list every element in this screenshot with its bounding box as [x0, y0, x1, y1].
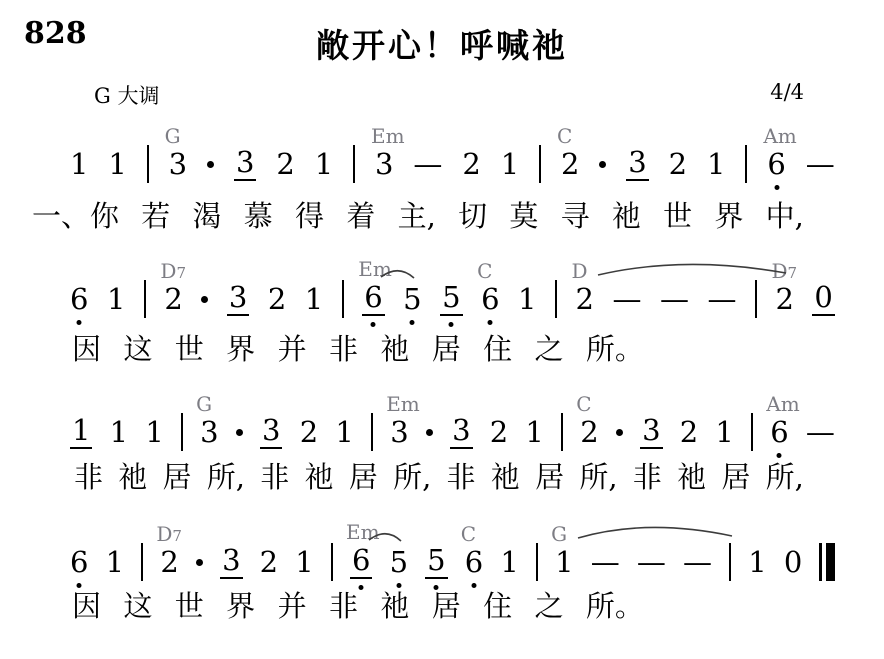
chord-label: Em [346, 522, 380, 542]
note: 2D7 [164, 285, 182, 314]
hymn-sheet: 828 敞开心！呼喊祂 G 大调 4/4 113G3213Em—212C3216… [0, 0, 884, 659]
lyric-syllable: 住 [483, 333, 512, 366]
octave-dot [777, 453, 782, 458]
note: 1 [305, 285, 323, 314]
lyric-syllable: 因 [72, 333, 101, 366]
note: 6Em [362, 283, 384, 316]
lyric-syllable: 祂 [118, 461, 147, 494]
music-line: 612D73216Em556C11G———10 [70, 516, 835, 592]
chord-label: G [196, 394, 212, 414]
note: 3 [234, 148, 256, 181]
note: 2D7 [775, 285, 793, 314]
lyrics-line: 非祂居所,非祂居所,非祂居所,非祂居所, [74, 461, 804, 494]
music-line: 1113G3213Em3212C3216Am— [70, 386, 835, 462]
note: 3 [450, 416, 472, 449]
lyric-syllable: 这 [123, 333, 152, 366]
lyric-syllable: 世 [175, 333, 204, 366]
lyric-syllable: 中, [766, 200, 804, 233]
dash-note: — [413, 150, 442, 179]
note: 6Em [350, 546, 372, 579]
note: 1 [110, 418, 128, 447]
lyric-syllable: 祂 [677, 461, 706, 494]
music-line: 113G3213Em—212C3216Am— [70, 118, 835, 194]
barline [371, 413, 373, 451]
lyric-syllable: 居 [163, 461, 192, 494]
lyric-syllable: 所, [393, 461, 431, 494]
octave-dot [410, 320, 415, 325]
dash-note: — [612, 285, 641, 314]
lyric-syllable: 居 [432, 333, 461, 366]
note: 1 [70, 416, 92, 449]
final-bar-thin [819, 543, 822, 581]
note: 1 [525, 418, 543, 447]
lyric-syllable: 祂 [612, 200, 641, 233]
octave-dot [77, 320, 82, 325]
octave-dot [774, 185, 779, 190]
note: 5 [403, 285, 421, 314]
note: 6 [70, 285, 88, 314]
lyric-syllable: 主, [398, 200, 436, 233]
lyric-syllable: 寻 [561, 200, 590, 233]
lyric-syllable: 切 [458, 200, 487, 233]
note: 6Am [767, 150, 785, 179]
barline [561, 413, 563, 451]
chord-label: C [557, 126, 572, 146]
dash-note: — [591, 548, 620, 577]
lyric-syllable: 非 [329, 333, 358, 366]
lyric-syllable: 一、你 [32, 200, 119, 233]
note: 1 [500, 548, 518, 577]
note: 2 [680, 418, 698, 447]
lyric-syllable: 祂 [491, 461, 520, 494]
augmentation-dot [236, 429, 243, 436]
chord-label: Em [358, 259, 392, 279]
note: 1 [715, 418, 733, 447]
note: 2 [300, 418, 318, 447]
lyric-syllable: 祂 [305, 461, 334, 494]
lyric-syllable: 住 [483, 590, 512, 623]
lyric-syllable: 并 [278, 590, 307, 623]
lyric-syllable: 居 [535, 461, 564, 494]
note: 2 [276, 150, 294, 179]
note: 6C [465, 548, 483, 577]
tie-arc [578, 527, 732, 538]
note: 1 [106, 548, 124, 577]
note: 1 [315, 150, 333, 179]
barline [144, 280, 146, 318]
lyric-syllable: 所, [207, 461, 245, 494]
note: 3 [260, 416, 282, 449]
note: 1 [107, 285, 125, 314]
augmentation-dot [196, 559, 203, 566]
lyric-syllable: 若 [141, 200, 170, 233]
chord-label: G [551, 524, 567, 544]
octave-dot [449, 322, 454, 327]
note: 3 [227, 283, 249, 316]
chord-label: Am [763, 126, 796, 146]
lyric-syllable: 居 [721, 461, 750, 494]
lyric-syllable: 得 [295, 200, 324, 233]
lyric-syllable: 祂 [380, 590, 409, 623]
note: 5 [425, 546, 447, 579]
lyrics-line: 一、你若渴慕得着主,切莫寻祂世界中, [32, 200, 804, 233]
barline [331, 543, 333, 581]
octave-dot [396, 583, 401, 588]
augmentation-dot [616, 429, 623, 436]
octave-dot [359, 585, 364, 590]
note: 1 [707, 150, 725, 179]
note: 1 [70, 150, 88, 179]
note: 3G [200, 418, 218, 447]
dash-note: — [660, 285, 689, 314]
note: 2 [669, 150, 687, 179]
note: 2 [490, 418, 508, 447]
lyric-syllable: 非 [260, 461, 289, 494]
barline [181, 413, 183, 451]
note: 1 [501, 150, 519, 179]
note: 2 [268, 285, 286, 314]
chord-label: C [477, 261, 492, 281]
rest-note: 0 [784, 548, 802, 577]
rest-note: 0 [812, 283, 834, 316]
note: 2 [462, 150, 480, 179]
dash-note: — [806, 418, 835, 447]
chord-label: D7 [160, 261, 186, 281]
chord-label: Em [386, 394, 420, 414]
barline [751, 413, 753, 451]
key-signature: G 大调 [94, 80, 159, 110]
octave-dot [471, 583, 476, 588]
lyric-syllable: 慕 [244, 200, 273, 233]
chord-label: G [165, 126, 181, 146]
note: 6Am [770, 418, 788, 447]
chord-label: D [571, 261, 587, 281]
note: 1 [295, 548, 313, 577]
octave-dot [371, 322, 376, 327]
lyric-syllable: 渴 [193, 200, 222, 233]
note: 1 [108, 150, 126, 179]
barline [353, 145, 355, 183]
note: 3Em [375, 150, 393, 179]
lyric-syllable: 并 [278, 333, 307, 366]
lyric-syllable: 界 [714, 200, 743, 233]
note: 3 [220, 546, 242, 579]
final-bar-thick [826, 543, 835, 581]
note: 2C [580, 418, 598, 447]
time-signature: 4/4 [770, 80, 804, 104]
octave-dot [488, 320, 493, 325]
barline [147, 145, 149, 183]
barline [729, 543, 731, 581]
final-barline [819, 543, 835, 581]
lyric-syllable: 这 [123, 590, 152, 623]
lyric-syllable: 所, [579, 461, 617, 494]
lyric-syllable: 非 [74, 461, 103, 494]
lyric-syllable: 因 [72, 590, 101, 623]
barline [536, 543, 538, 581]
note: 2C [561, 150, 579, 179]
lyric-syllable: 非 [633, 461, 662, 494]
augmentation-dot [207, 161, 214, 168]
note: 3G [169, 150, 187, 179]
page-title: 敞开心！呼喊祂 [0, 20, 884, 67]
note: 3Em [390, 418, 408, 447]
lyric-syllable: 所, [766, 461, 804, 494]
note: 2 [260, 548, 278, 577]
chord-label: C [461, 524, 476, 544]
augmentation-dot [201, 296, 208, 303]
note: 6 [70, 548, 88, 577]
lyrics-line: 因这世界并非祂居住之所。 [72, 590, 644, 623]
barline [539, 145, 541, 183]
note: 1 [145, 418, 163, 447]
lyric-syllable: 所。 [586, 333, 644, 366]
note: 1G [555, 548, 573, 577]
chord-label: D7 [771, 261, 797, 281]
note: 1 [335, 418, 353, 447]
lyric-syllable: 非 [329, 590, 358, 623]
lyric-syllable: 祂 [380, 333, 409, 366]
note: 1 [748, 548, 766, 577]
barline [555, 280, 557, 318]
lyric-syllable: 之 [535, 590, 564, 623]
augmentation-dot [599, 161, 606, 168]
chord-label: D7 [156, 524, 182, 544]
lyric-syllable: 居 [432, 590, 461, 623]
note: 5 [440, 283, 462, 316]
music-line: 612D73216Em556C12D———2D70 [70, 253, 835, 329]
lyric-syllable: 界 [226, 333, 255, 366]
augmentation-dot [426, 429, 433, 436]
dash-note: — [683, 548, 712, 577]
tie-arc [598, 264, 786, 275]
note: 2D7 [160, 548, 178, 577]
chord-label: C [576, 394, 591, 414]
lyrics-line: 因这世界并非祂居住之所。 [72, 333, 644, 366]
lyric-syllable: 莫 [509, 200, 538, 233]
note: 6C [481, 285, 499, 314]
lyric-syllable: 世 [663, 200, 692, 233]
chord-label: Em [371, 126, 405, 146]
barline [755, 280, 757, 318]
dash-note: — [806, 150, 835, 179]
lyric-syllable: 非 [447, 461, 476, 494]
barline [141, 543, 143, 581]
octave-dot [77, 583, 82, 588]
note: 5 [390, 548, 408, 577]
chord-label: Am [766, 394, 799, 414]
barline [745, 145, 747, 183]
lyric-syllable: 居 [349, 461, 378, 494]
dash-note: — [707, 285, 736, 314]
lyric-syllable: 之 [535, 333, 564, 366]
lyric-syllable: 着 [346, 200, 375, 233]
barline [342, 280, 344, 318]
lyric-syllable: 所。 [586, 590, 644, 623]
dash-note: — [637, 548, 666, 577]
note: 1 [518, 285, 536, 314]
lyric-syllable: 界 [226, 590, 255, 623]
lyric-syllable: 世 [175, 590, 204, 623]
note: 2D [575, 285, 593, 314]
note: 3 [640, 416, 662, 449]
note: 3 [626, 148, 648, 181]
